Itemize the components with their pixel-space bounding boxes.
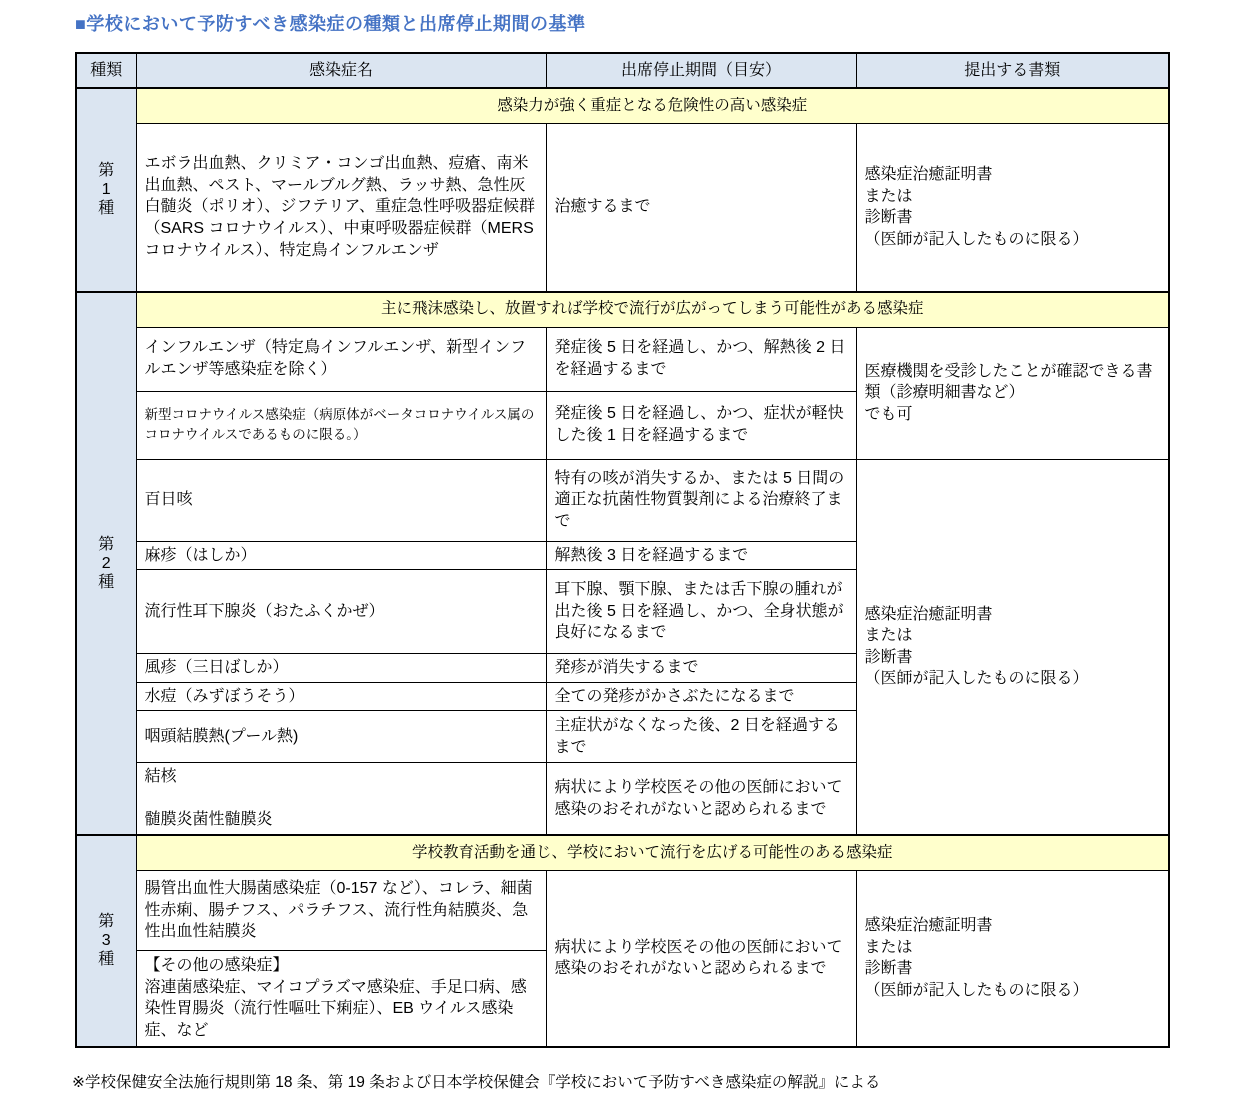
section1-diseases: エボラ出血熱、クリミア・コンゴ出血熱、痘瘡、南米出血熱、ペスト、マールブルグ熱、… <box>136 124 546 292</box>
section2-category: 第 2 種 <box>76 292 136 836</box>
section2-docs-bottom: 感染症治癒証明書 または 診断書 （医師が記入したものに限る） <box>856 459 1169 835</box>
section1-category: 第 1 種 <box>76 88 136 292</box>
section3-band-row: 第 3 種 学校教育活動を通じ、学校において流行を広げる可能性のある感染症 <box>76 835 1169 871</box>
disease-name-mumps: 流行性耳下腺炎（おたふくかぜ） <box>136 570 546 654</box>
disease-name-measles: 麻疹（はしか） <box>136 541 546 570</box>
header-disease-name: 感染症名 <box>136 53 546 88</box>
period-tuberculosis-meningitis: 病状により学校医その他の医師において感染のおそれがないと認められるまで <box>546 763 856 835</box>
page-title: ■学校において予防すべき感染症の種類と出席停止期間の基準 <box>75 10 586 36</box>
header-docs: 提出する書類 <box>856 53 1169 88</box>
section3-docs: 感染症治癒証明書 または 診断書 （医師が記入したものに限る） <box>856 871 1169 1047</box>
disease-name-pharyngoconjunctival: 咽頭結膜熱(プール熱) <box>136 711 546 763</box>
period-rubella: 発疹が消失するまで <box>546 654 856 683</box>
section2-band: 主に飛沫感染し、放置すれば学校で流行が広がってしまう可能性がある感染症 <box>136 292 1169 328</box>
section1-band: 感染力が強く重症となる危険性の高い感染症 <box>136 88 1169 124</box>
disease-name-pertussis: 百日咳 <box>136 459 546 541</box>
section2-band-row: 第 2 種 主に飛沫感染し、放置すれば学校で流行が広がってしまう可能性がある感染… <box>76 292 1169 328</box>
disease-name-covid: 新型コロナウイルス感染症（病原体がベータコロナウイルス属のコロナウイルスであるも… <box>136 391 546 459</box>
section3-period: 病状により学校医その他の医師において感染のおそれがないと認められるまで <box>546 871 856 1047</box>
table-row-influenza: インフルエンザ（特定鳥インフルエンザ、新型インフルエンザ等感染症を除く） 発症後… <box>76 327 1169 391</box>
table-header-row: 種類 感染症名 出席停止期間（目安） 提出する書類 <box>76 53 1169 88</box>
section1-period: 治癒するまで <box>546 124 856 292</box>
section3-band: 学校教育活動を通じ、学校において流行を広げる可能性のある感染症 <box>136 835 1169 871</box>
section1-row: エボラ出血熱、クリミア・コンゴ出血熱、痘瘡、南米出血熱、ペスト、マールブルグ熱、… <box>76 124 1169 292</box>
period-pertussis: 特有の咳が消失するか、または 5 日間の適正な抗菌性物質製剤による治療終了まで <box>546 459 856 541</box>
period-chickenpox: 全ての発疹がかさぶたになるまで <box>546 682 856 711</box>
table-row-pertussis: 百日咳 特有の咳が消失するか、または 5 日間の適正な抗菌性物質製剤による治療終… <box>76 459 1169 541</box>
section3-diseases-other: 【その他の感染症】 溶連菌感染症、マイコプラズマ感染症、手足口病、感染性胃腸炎（… <box>136 951 546 1047</box>
disease-name-tuberculosis-meningitis: 結核 髄膜炎菌性髄膜炎 <box>136 763 546 835</box>
period-covid: 発症後 5 日を経過し、かつ、症状が軽快した後 1 日を経過するまで <box>546 391 856 459</box>
section3-row1: 腸管出血性大腸菌感染症（0‐157 など）、コレラ、細菌性赤痢、腸チフス、パラチ… <box>76 871 1169 951</box>
section1-band-row: 第 1 種 感染力が強く重症となる危険性の高い感染症 <box>76 88 1169 124</box>
disease-name-influenza: インフルエンザ（特定鳥インフルエンザ、新型インフルエンザ等感染症を除く） <box>136 327 546 391</box>
section3-diseases-main: 腸管出血性大腸菌感染症（0‐157 など）、コレラ、細菌性赤痢、腸チフス、パラチ… <box>136 871 546 951</box>
header-period: 出席停止期間（目安） <box>546 53 856 88</box>
section1-docs: 感染症治癒証明書 または 診断書 （医師が記入したものに限る） <box>856 124 1169 292</box>
period-mumps: 耳下腺、顎下腺、または舌下腺の腫れが出た後 5 日を経過し、かつ、全身状態が良好… <box>546 570 856 654</box>
period-influenza: 発症後 5 日を経過し、かつ、解熱後 2 日を経過するまで <box>546 327 856 391</box>
section3-category: 第 3 種 <box>76 835 136 1047</box>
footnote: ※学校保健安全法施行規則第 18 条、第 19 条および日本学校保健会『学校にお… <box>72 1070 880 1092</box>
infection-table: 種類 感染症名 出席停止期間（目安） 提出する書類 第 1 種 感染力が強く重症… <box>75 52 1170 1048</box>
section2-docs-top: 医療機関を受診したことが確認できる書類（診療明細書など） でも可 <box>856 327 1169 459</box>
disease-name-rubella: 風疹（三日ばしか） <box>136 654 546 683</box>
document-page: ■学校において予防すべき感染症の種類と出席停止期間の基準 種類 感染症名 出席停… <box>0 0 1240 1118</box>
disease-name-chickenpox: 水痘（みずぼうそう） <box>136 682 546 711</box>
period-pharyngoconjunctival: 主症状がなくなった後、2 日を経過するまで <box>546 711 856 763</box>
period-measles: 解熱後 3 日を経過するまで <box>546 541 856 570</box>
header-type: 種類 <box>76 53 136 88</box>
